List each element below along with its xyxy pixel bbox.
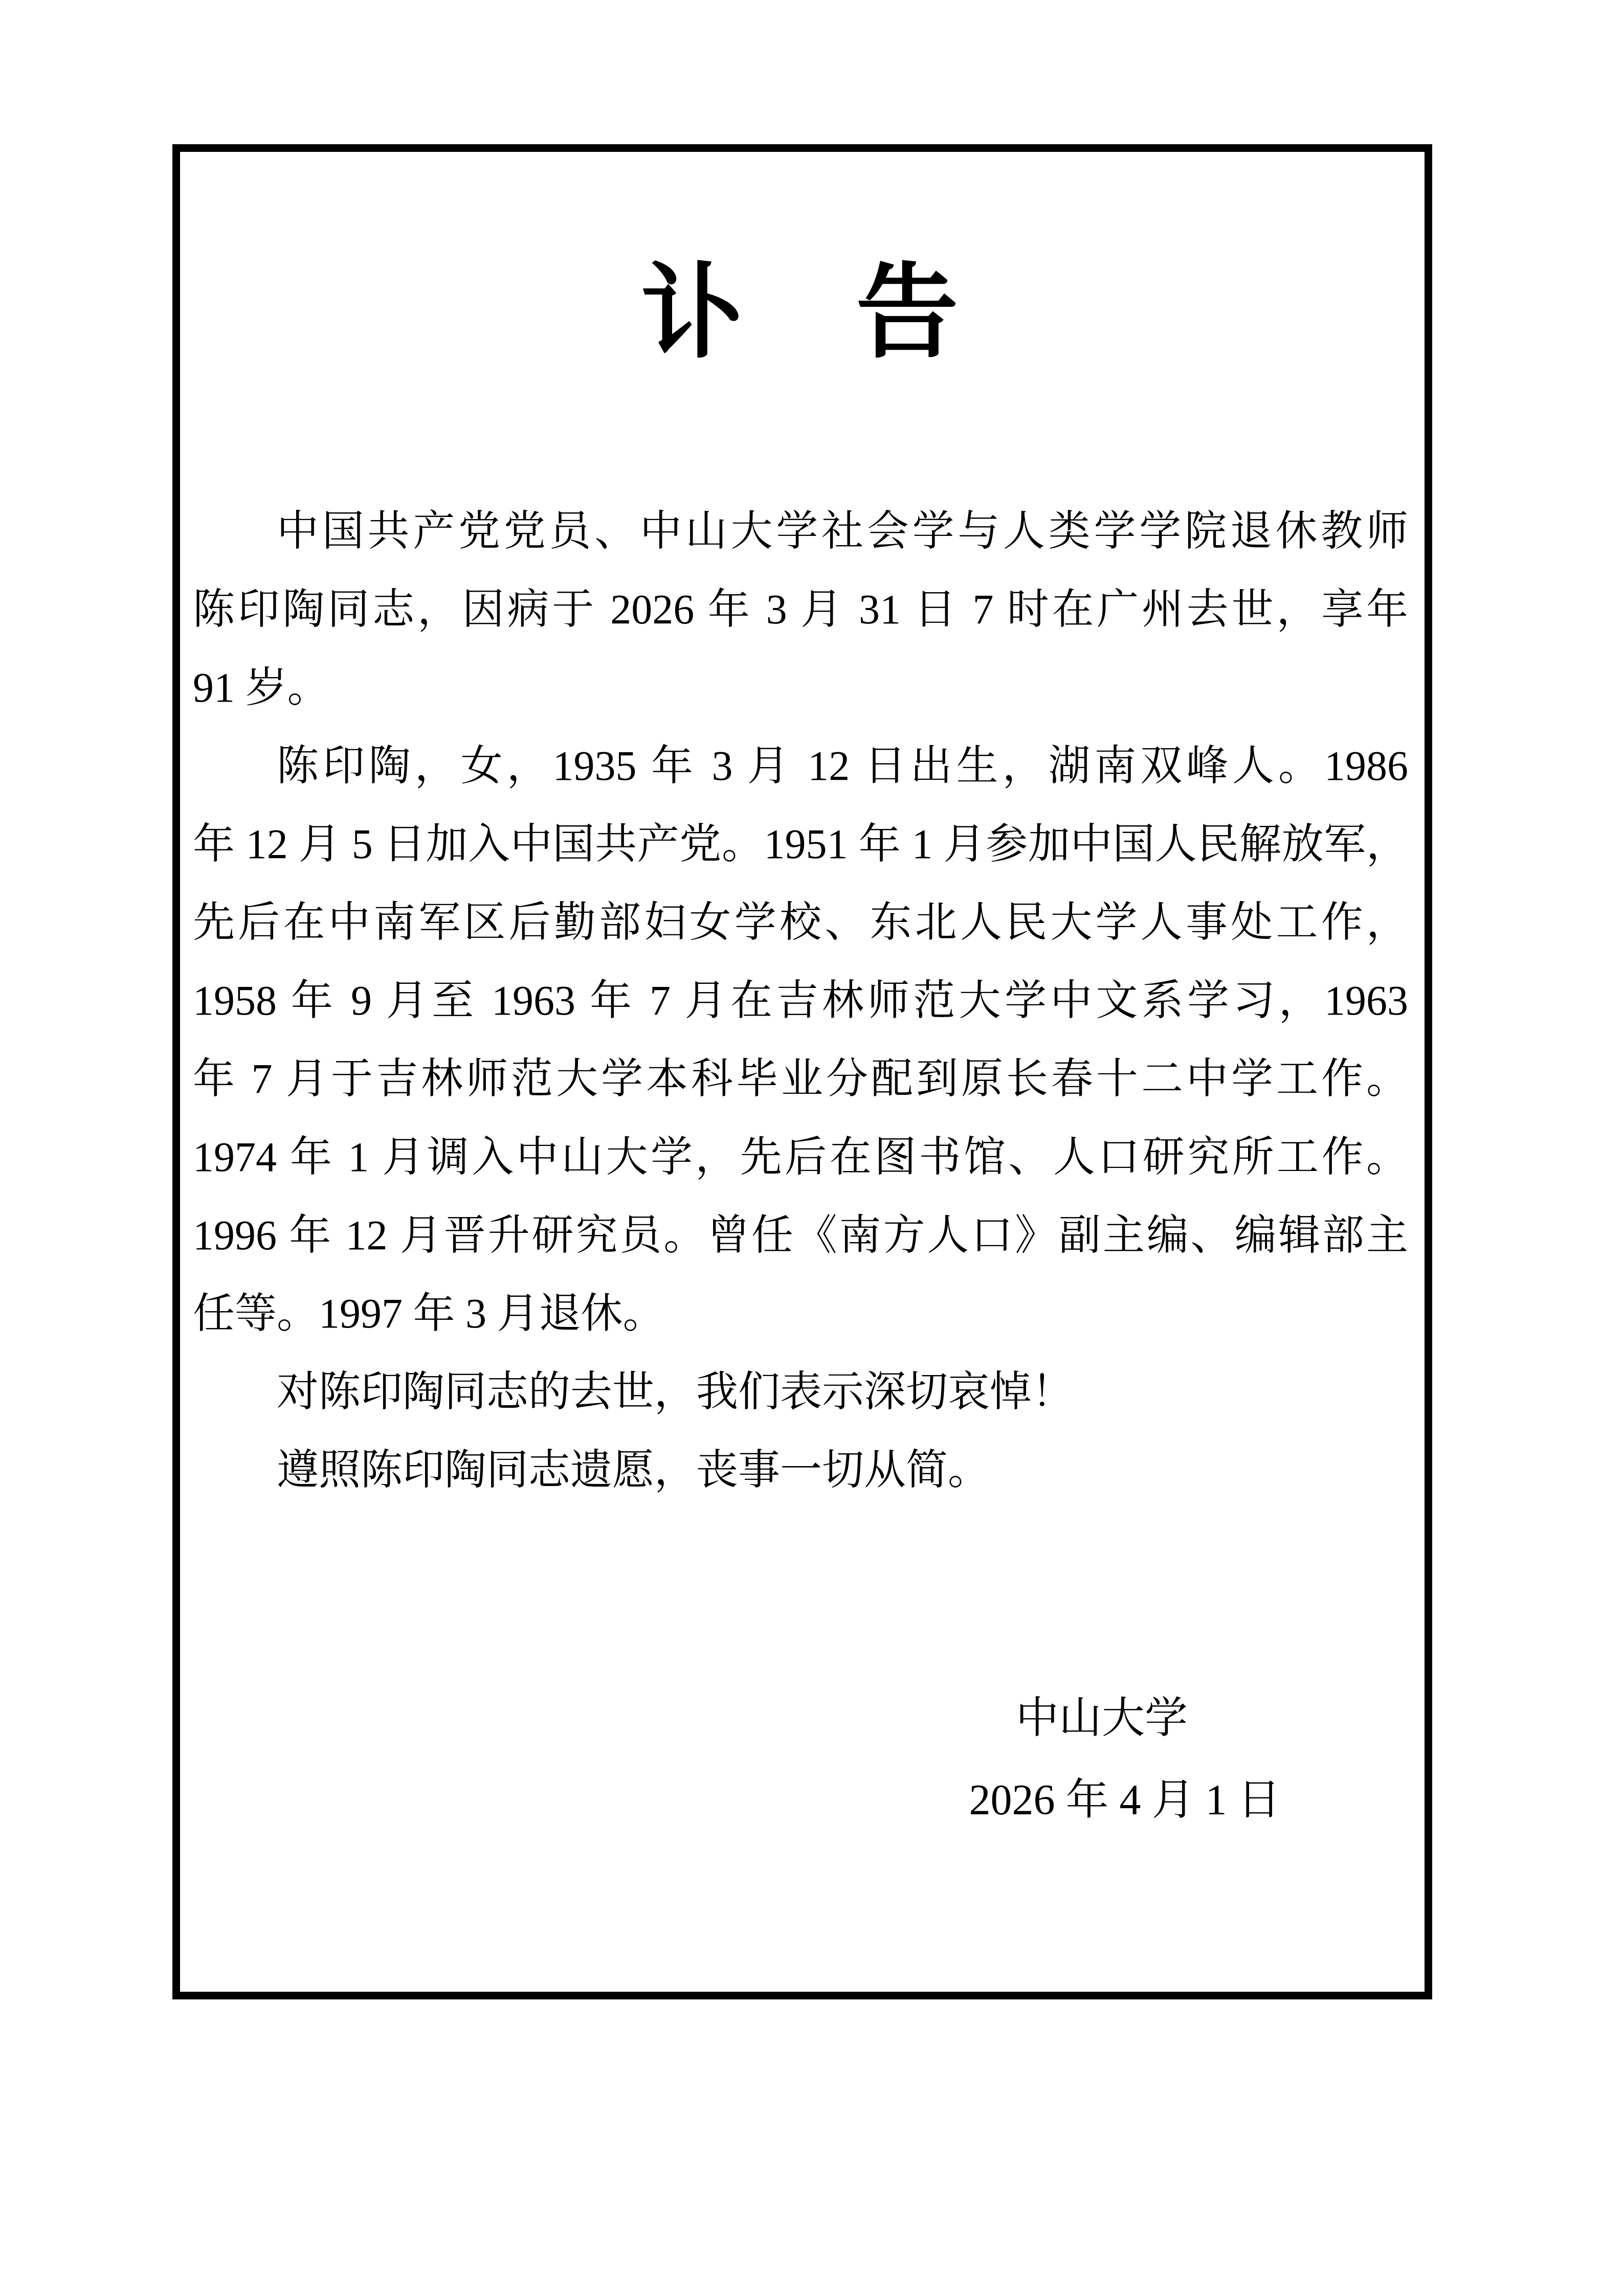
body-line: 陈印陶同志，因病于 2026 年 3 月 31 日 7 时在广州去世，享年 (193, 570, 1408, 648)
body-line: 年 7 月于吉林师范大学本科毕业分配到原长春十二中学工作。 (193, 1040, 1408, 1118)
body-line: 中国共产党党员、中山大学社会学与人类学学院退休教师 (193, 492, 1408, 570)
notice-title: 讣 告 (180, 257, 1425, 369)
body-line: 1996 年 12 月晋升研究员。曾任《南方人口》副主编、编辑部主 (193, 1196, 1408, 1274)
body-line: 1974 年 1 月调入中山大学，先后在图书馆、人口研究所工作。 (193, 1118, 1408, 1196)
body-line: 先后在中南军区后勤部妇女学校、东北人民大学人事处工作， (193, 883, 1408, 961)
signature-organization: 中山大学 (872, 1678, 1332, 1760)
body-line: 对陈印陶同志的去世，我们表示深切哀悼！ (193, 1353, 1408, 1431)
body-line: 1958 年 9 月至 1963 年 7 月在吉林师范大学中文系学习，1963 (193, 961, 1408, 1040)
body-line: 陈印陶，女，1935 年 3 月 12 日出生，湖南双峰人。1986 (193, 727, 1408, 805)
body-line: 遵照陈印陶同志遗愿，丧事一切从简。 (193, 1431, 1408, 1509)
notice-border-frame: 讣 告 中国共产党党员、中山大学社会学与人类学学院退休教师 陈印陶同志，因病于 … (172, 144, 1432, 1999)
body-line: 任等。1997 年 3 月退休。 (193, 1274, 1408, 1353)
signature-date: 2026 年 4 月 1 日 (918, 1760, 1332, 1841)
notice-body: 中国共产党党员、中山大学社会学与人类学学院退休教师 陈印陶同志，因病于 2026… (180, 492, 1425, 1509)
body-line: 年 12 月 5 日加入中国共产党。1951 年 1 月参加中国人民解放军， (193, 805, 1408, 883)
page: { "colors": { "background": "#ffffff", "… (0, 0, 1624, 2296)
signature-block: 中山大学 2026 年 4 月 1 日 (872, 1678, 1332, 1841)
body-line: 91 岁。 (193, 648, 1408, 727)
